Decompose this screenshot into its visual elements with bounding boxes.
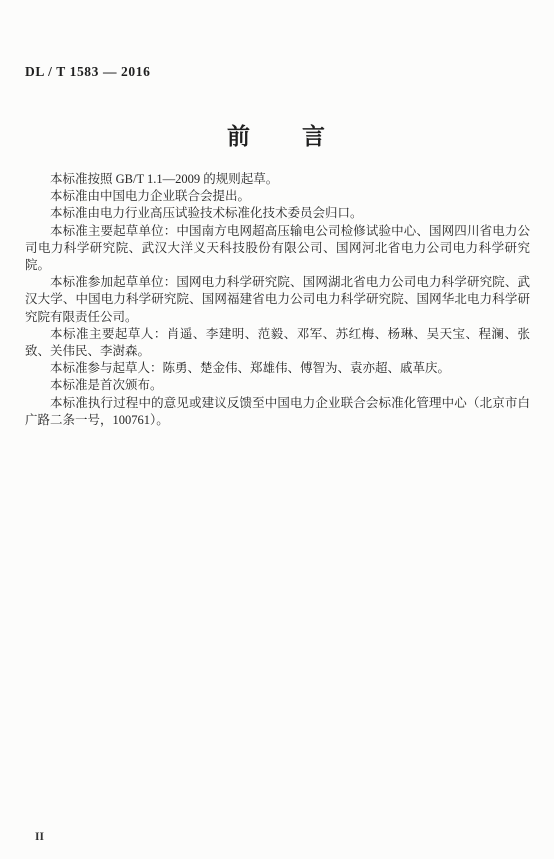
paragraph-proposed-by: 本标准由中国电力企业联合会提出。 <box>25 188 530 205</box>
paragraph-first-issue: 本标准是首次颁布。 <box>25 377 530 394</box>
document-page: DL / T 1583 — 2016 前 言 本标准按照 GB/T 1.1—20… <box>0 0 554 859</box>
paragraph-main-drafters: 本标准主要起草人：肖遥、李建明、范毅、邓军、苏红梅、杨琳、吴天宝、程澜、张致、关… <box>25 326 530 360</box>
page-title: 前 言 <box>0 118 554 151</box>
page-number: II <box>35 831 44 843</box>
document-code: DL / T 1583 — 2016 <box>25 64 150 80</box>
paragraph-feedback-address: 本标准执行过程中的意见或建议反馈至中国电力企业联合会标准化管理中心（北京市白广路… <box>25 395 530 429</box>
foreword-body: 本标准按照 GB/T 1.1—2009 的规则起草。 本标准由中国电力企业联合会… <box>25 171 530 429</box>
paragraph-main-drafting-organizations: 本标准主要起草单位：中国南方电网超高压输电公司检修试验中心、国网四川省电力公司电… <box>25 223 530 275</box>
paragraph-drafting-rules: 本标准按照 GB/T 1.1—2009 的规则起草。 <box>25 171 530 188</box>
paragraph-participating-organizations: 本标准参加起草单位：国网电力科学研究院、国网湖北省电力公司电力科学研究院、武汉大… <box>25 274 530 326</box>
paragraph-centralized-by: 本标准由电力行业高压试验技术标准化技术委员会归口。 <box>25 205 530 222</box>
paragraph-participating-drafters: 本标准参与起草人：陈勇、楚金伟、郑雄伟、傅智为、袁亦超、戚革庆。 <box>25 360 530 377</box>
